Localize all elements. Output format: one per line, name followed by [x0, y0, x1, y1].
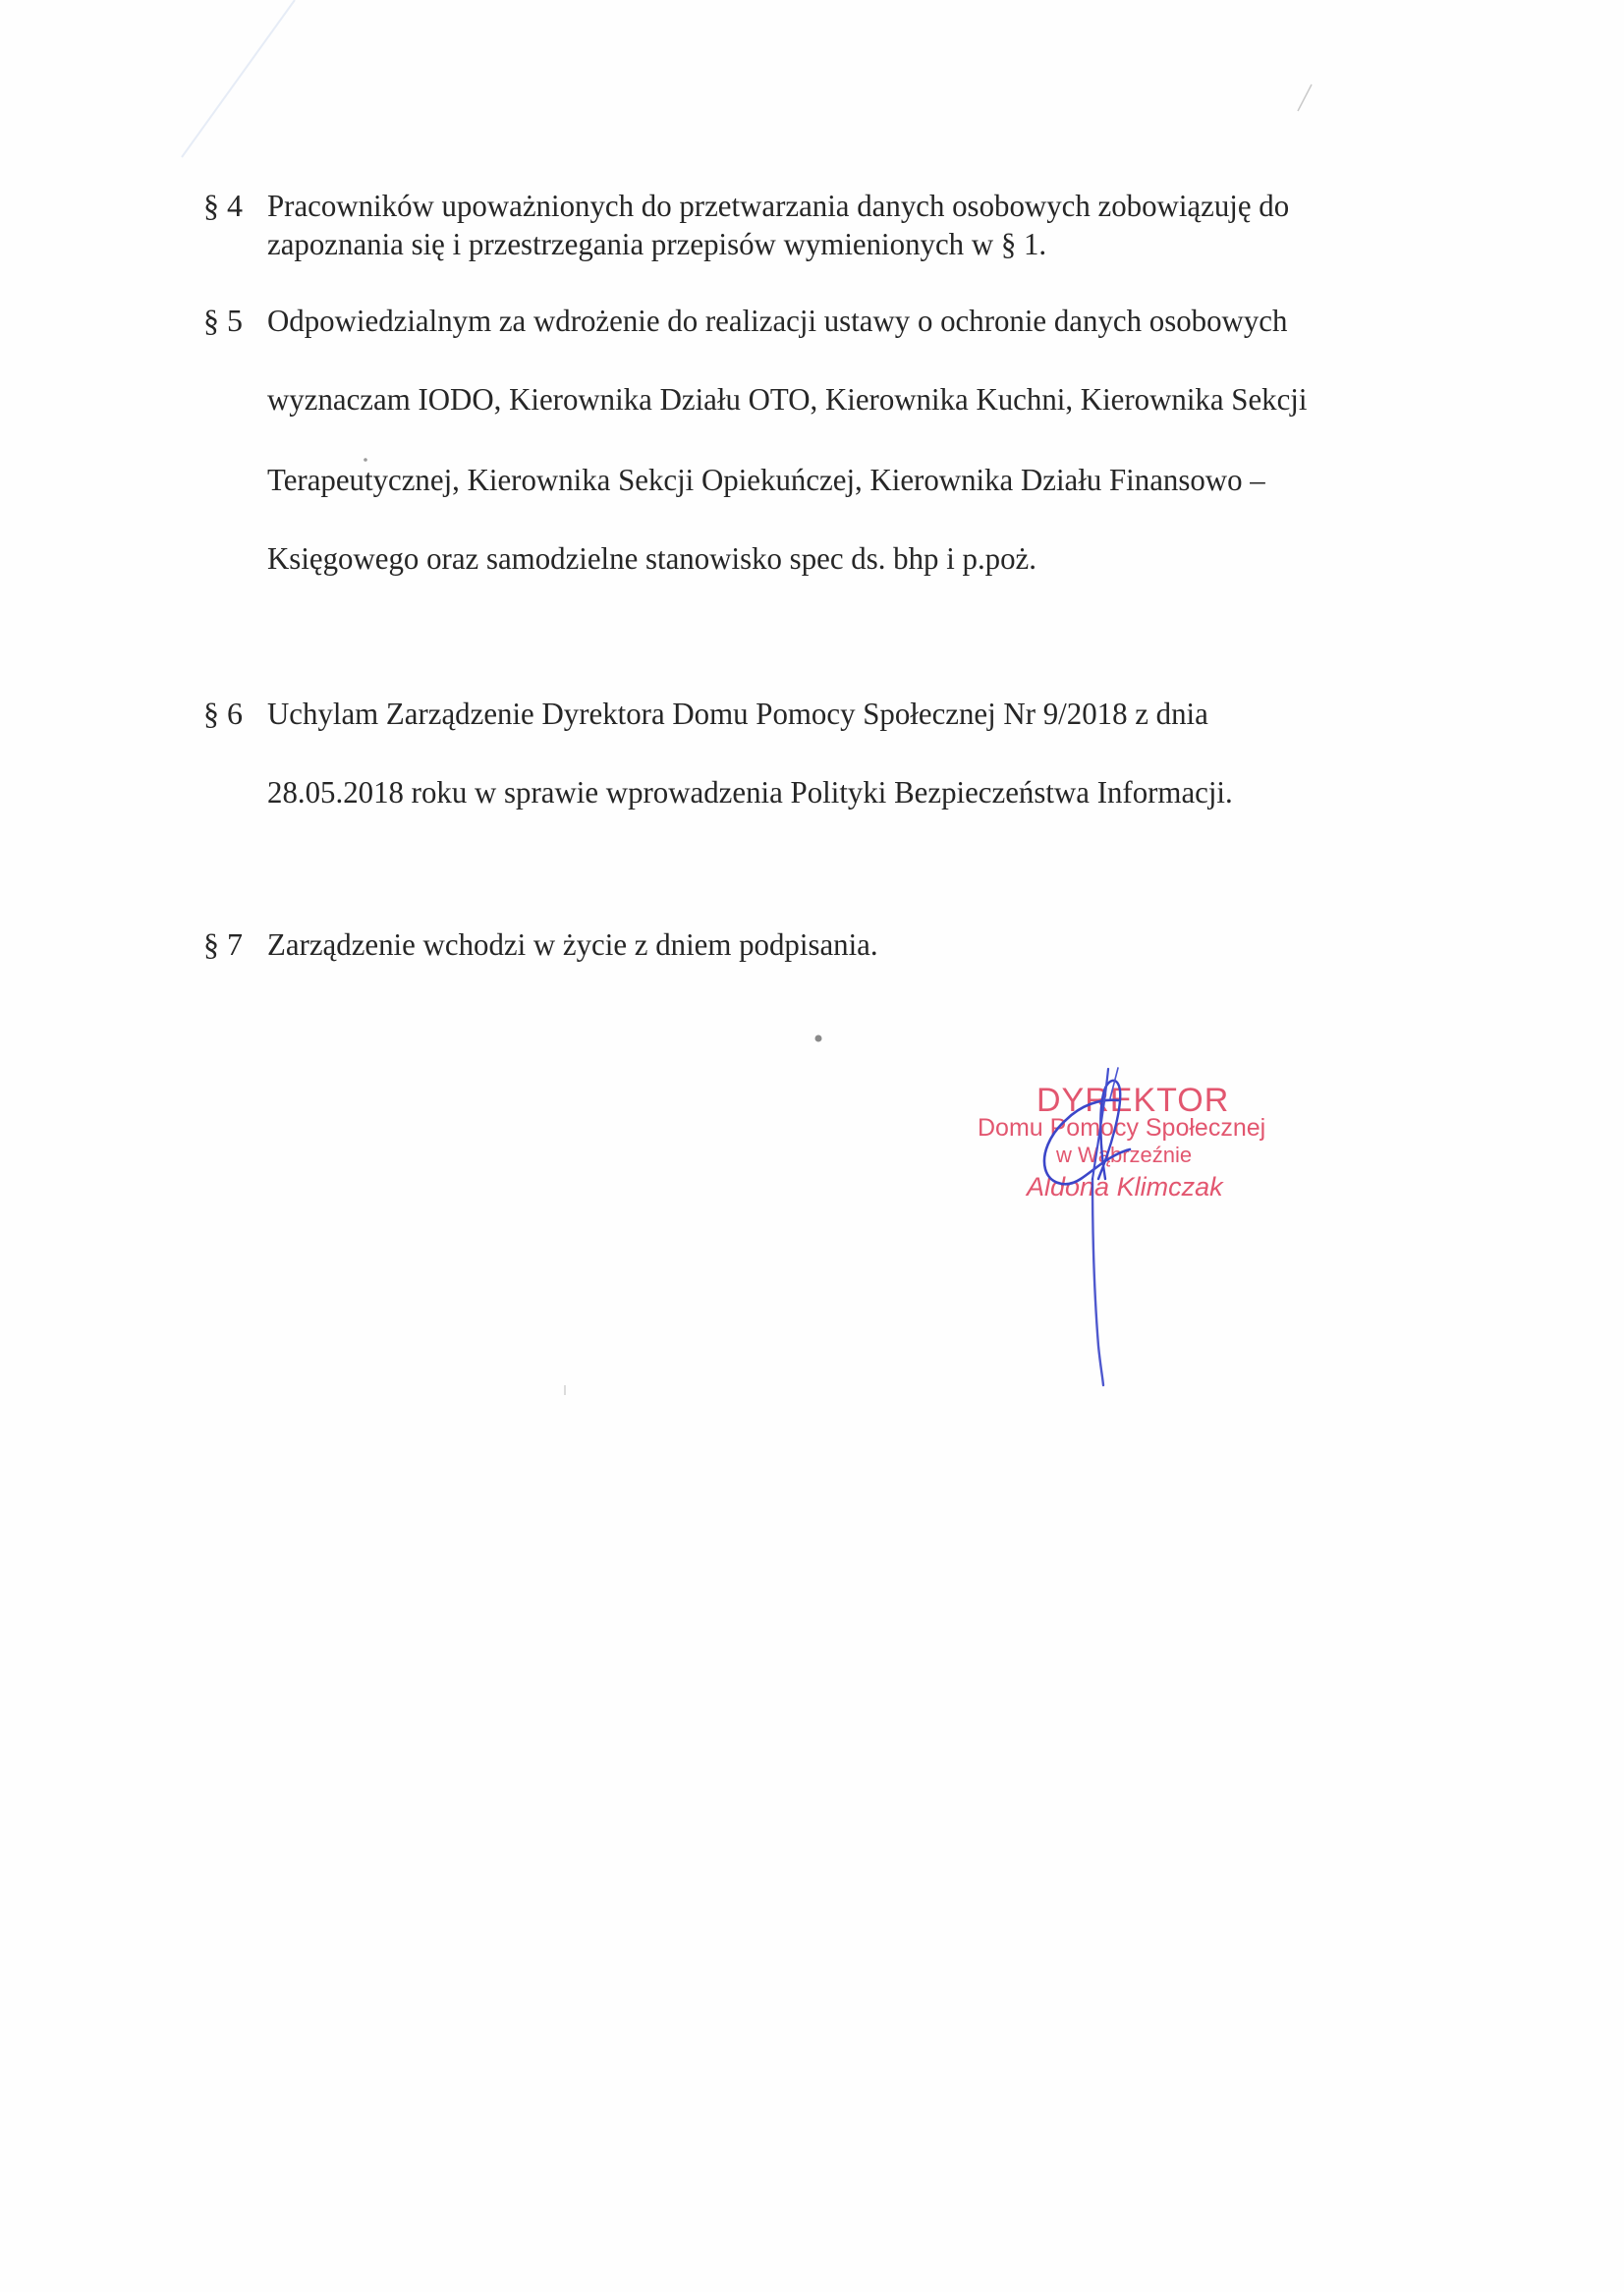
paragraph-number: § 5	[203, 305, 243, 336]
paragraph-line: 28.05.2018 roku w sprawie wprowadzenia P…	[267, 776, 1233, 808]
scan-dot	[815, 1035, 822, 1042]
paragraph-number: § 4	[203, 190, 243, 221]
paragraph-number: § 7	[203, 928, 243, 960]
paragraph-line: Terapeutycznej, Kierownika Sekcji Opieku…	[267, 464, 1265, 495]
paragraph-line: Uchylam Zarządzenie Dyrektora Domu Pomoc…	[267, 698, 1208, 729]
signature-tail	[1092, 1179, 1103, 1385]
document-page: § 4 Pracowników upoważnionych do przetwa…	[0, 0, 1624, 2292]
scan-mark-top-right	[1298, 84, 1312, 111]
paragraph-line: wyznaczam IODO, Kierownika Działu OTO, K…	[267, 383, 1307, 415]
paragraph-line: zapoznania się i przestrzegania przepisó…	[267, 228, 1046, 259]
paragraph-line: Pracowników upoważnionych do przetwarzan…	[267, 190, 1289, 221]
stamp-name: Aldona Klimczak	[1027, 1174, 1223, 1201]
scan-line-top-left	[182, 0, 295, 157]
stamp-title: DYREKTOR	[1036, 1084, 1229, 1117]
stamp-city: w Wąbrzeźnie	[1056, 1145, 1192, 1166]
scan-artifacts	[0, 0, 1624, 2292]
paragraph-line: Odpowiedzialnym za wdrożenie do realizac…	[267, 305, 1287, 336]
signature	[0, 0, 1624, 2292]
stamp-organization: Domu Pomocy Społecznej	[978, 1116, 1265, 1141]
paragraph-line: Księgowego oraz samodzielne stanowisko s…	[267, 542, 1036, 574]
paragraph-line: Zarządzenie wchodzi w życie z dniem podp…	[267, 928, 878, 960]
paragraph-number: § 6	[203, 698, 243, 729]
